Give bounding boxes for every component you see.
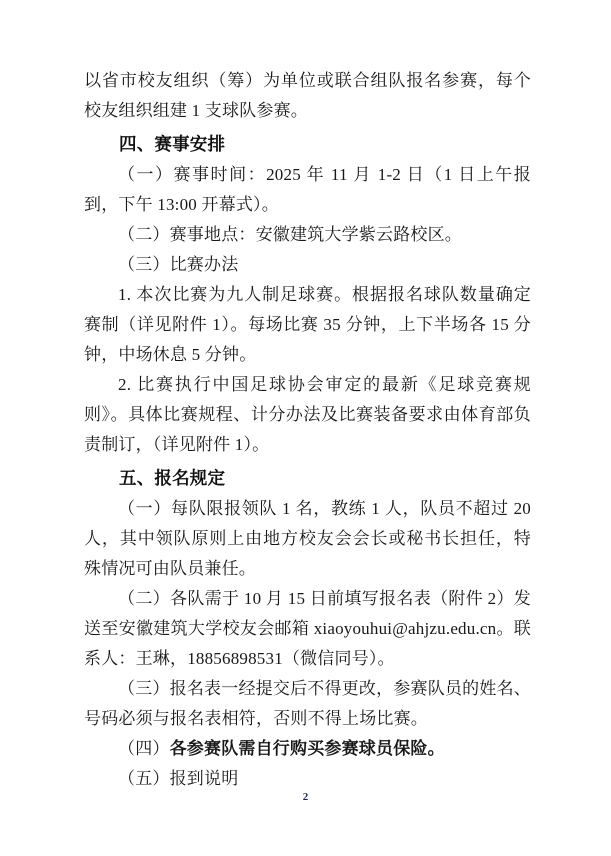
paragraph-bold-text: 各参赛队需自行购买参赛球员保险。 — [170, 739, 445, 758]
paragraph: （四）各参赛队需自行购买参赛球员保险。 — [84, 734, 531, 764]
paragraph: 2. 比赛执行中国足球协会审定的最新《足球竞赛规则》。具体比赛规程、计分办法及比… — [84, 370, 531, 460]
paragraph: 以省市校友组织（筹）为单位或联合组队报名参赛，每个校友组织组建 1 支球队参赛。 — [84, 66, 531, 126]
document-content: 以省市校友组织（筹）为单位或联合组队报名参赛，每个校友组织组建 1 支球队参赛。… — [84, 66, 531, 794]
paragraph-prefix: （四） — [118, 739, 170, 758]
paragraph: （五）报到说明 — [84, 764, 531, 794]
document-page: 以省市校友组织（筹）为单位或联合组队报名参赛，每个校友组织组建 1 支球队参赛。… — [0, 0, 611, 856]
paragraph: 1. 本次比赛为九人制足球赛。根据报名球队数量确定赛制（详见附件 1）。每场比赛… — [84, 280, 531, 370]
page-number: 2 — [0, 791, 611, 803]
section-heading: 五、报名规定 — [84, 463, 531, 493]
paragraph: （二）赛事地点：安徽建筑大学紫云路校区。 — [84, 220, 531, 250]
paragraph: （三）比赛办法 — [84, 250, 531, 280]
paragraph: （一）每队限报领队 1 名，教练 1 人，队员不超过 20 人，其中领队原则上由… — [84, 494, 531, 584]
paragraph: （一）赛事时间：2025 年 11 月 1-2 日（1 日上午报到，下午 13:… — [84, 160, 531, 220]
section-heading: 四、赛事安排 — [84, 129, 531, 159]
paragraph: （二）各队需于 10 月 15 日前填写报名表（附件 2）发送至安徽建筑大学校友… — [84, 584, 531, 674]
paragraph: （三）报名表一经提交后不得更改，参赛队员的姓名、号码必须与报名表相符，否则不得上… — [84, 674, 531, 734]
